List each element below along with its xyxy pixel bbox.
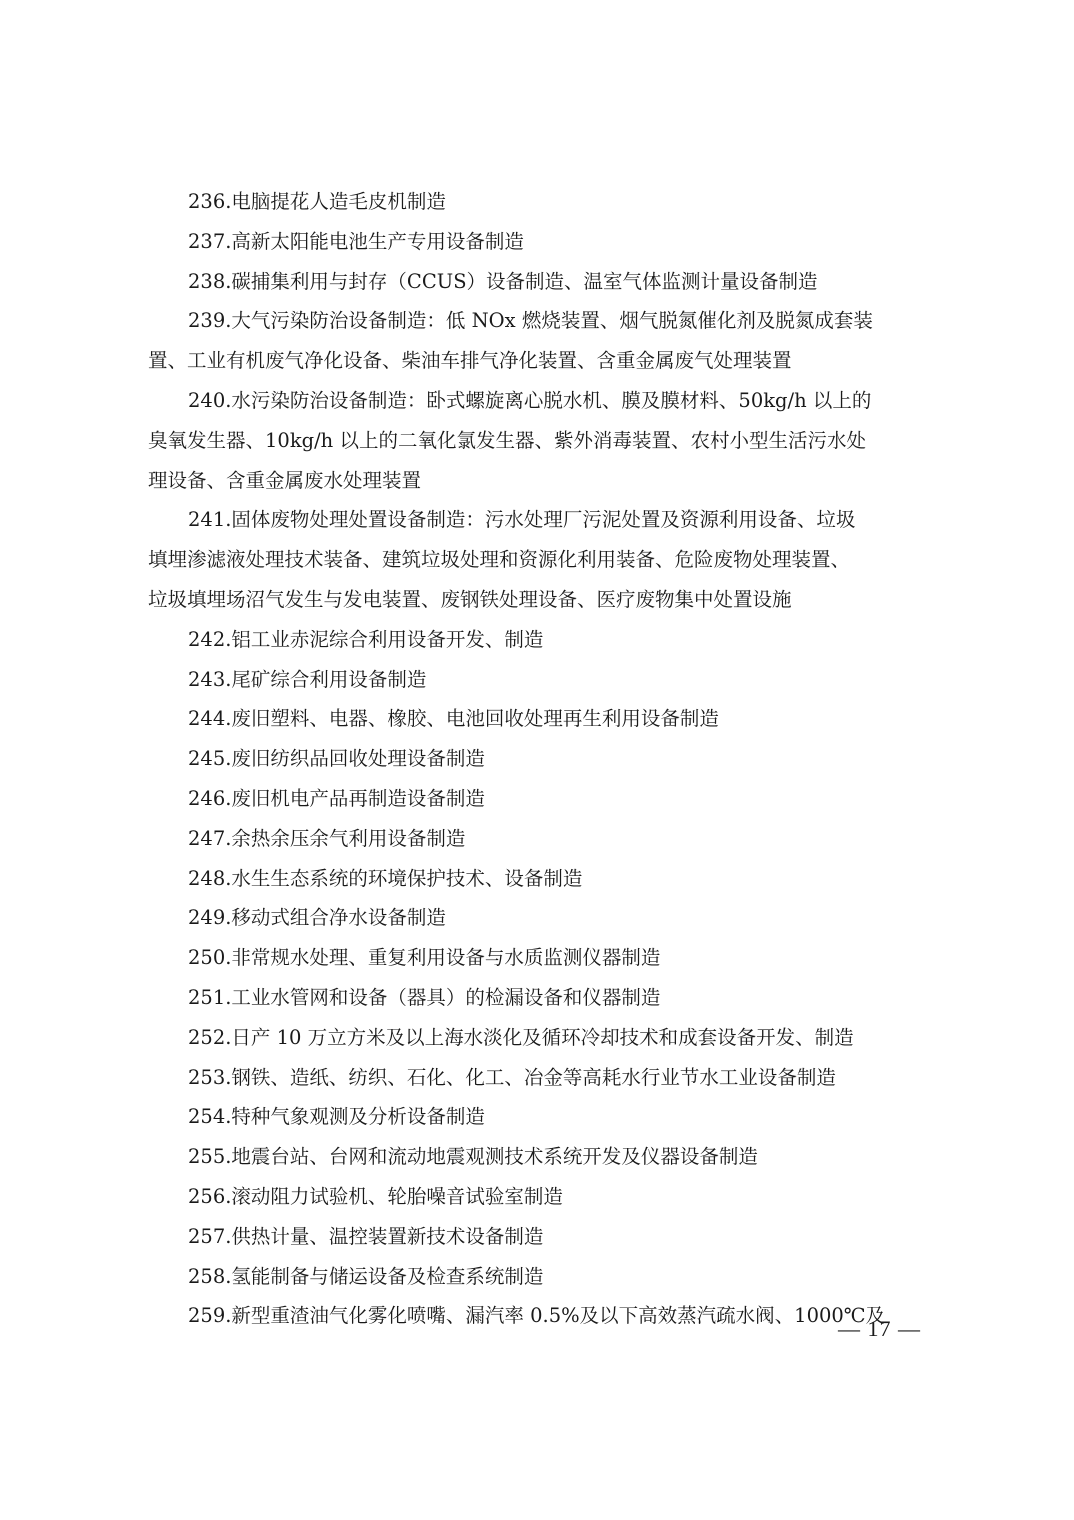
item-text: 240.水污染防治设备制造：卧式螺旋离心脱水机、膜及膜材料、50kg/h 以上的 (148, 385, 932, 425)
item-text: 243.尾矿综合利用设备制造 (148, 664, 932, 704)
list-item: 236.电脑提花人造毛皮机制造 (148, 186, 932, 226)
page-number: — 17 — (838, 1316, 921, 1342)
item-text-continuation: 臭氧发生器、10kg/h 以上的二氧化氯发生器、紫外消毒装置、农村小型生活污水处 (148, 425, 932, 465)
item-text: 237.高新太阳能电池生产专用设备制造 (148, 226, 932, 266)
item-text-continuation: 垃圾填埋场沼气发生与发电装置、废钢铁处理设备、医疗废物集中处置设施 (148, 584, 932, 624)
item-text: 256.滚动阻力试验机、轮胎噪音试验室制造 (148, 1181, 932, 1221)
list-item: 245.废旧纺织品回收处理设备制造 (148, 743, 932, 783)
list-item: 247.余热余压余气利用设备制造 (148, 823, 932, 863)
item-text: 244.废旧塑料、电器、橡胶、电池回收处理再生利用设备制造 (148, 703, 932, 743)
list-item: 244.废旧塑料、电器、橡胶、电池回收处理再生利用设备制造 (148, 703, 932, 743)
list-item: 253.钢铁、造纸、纺织、石化、化工、冶金等高耗水行业节水工业设备制造 (148, 1062, 932, 1102)
item-text: 236.电脑提花人造毛皮机制造 (148, 186, 932, 226)
list-item: 259.新型重渣油气化雾化喷嘴、漏汽率 0.5%及以下高效蒸汽疏水阀、1000℃… (148, 1300, 932, 1340)
item-text: 252.日产 10 万立方米及以上海水淡化及循环冷却技术和成套设备开发、制造 (148, 1022, 932, 1062)
item-text: 259.新型重渣油气化雾化喷嘴、漏汽率 0.5%及以下高效蒸汽疏水阀、1000℃… (148, 1300, 932, 1340)
item-text: 253.钢铁、造纸、纺织、石化、化工、冶金等高耗水行业节水工业设备制造 (148, 1062, 932, 1102)
list-item: 255.地震台站、台网和流动地震观测技术系统开发及仪器设备制造 (148, 1141, 932, 1181)
list-item: 240.水污染防治设备制造：卧式螺旋离心脱水机、膜及膜材料、50kg/h 以上的… (148, 385, 932, 504)
list-item: 242.铝工业赤泥综合利用设备开发、制造 (148, 624, 932, 664)
item-text: 247.余热余压余气利用设备制造 (148, 823, 932, 863)
item-text: 239.大气污染防治设备制造：低 NOx 燃烧装置、烟气脱氮催化剂及脱氮成套装 (148, 305, 932, 345)
item-text-continuation: 理设备、含重金属废水处理装置 (148, 465, 932, 505)
list-item: 251.工业水管网和设备（器具）的检漏设备和仪器制造 (148, 982, 932, 1022)
list-item: 254.特种气象观测及分析设备制造 (148, 1101, 932, 1141)
item-text: 248.水生生态系统的环境保护技术、设备制造 (148, 863, 932, 903)
item-text: 242.铝工业赤泥综合利用设备开发、制造 (148, 624, 932, 664)
list-item: 238.碳捕集利用与封存（CCUS）设备制造、温室气体监测计量设备制造 (148, 266, 932, 306)
list-item: 246.废旧机电产品再制造设备制造 (148, 783, 932, 823)
item-text: 238.碳捕集利用与封存（CCUS）设备制造、温室气体监测计量设备制造 (148, 266, 932, 306)
item-text: 258.氢能制备与储运设备及检查系统制造 (148, 1261, 932, 1301)
item-text: 254.特种气象观测及分析设备制造 (148, 1101, 932, 1141)
list-item: 239.大气污染防治设备制造：低 NOx 燃烧装置、烟气脱氮催化剂及脱氮成套装置… (148, 305, 932, 385)
list-item: 252.日产 10 万立方米及以上海水淡化及循环冷却技术和成套设备开发、制造 (148, 1022, 932, 1062)
list-item: 237.高新太阳能电池生产专用设备制造 (148, 226, 932, 266)
list-item: 256.滚动阻力试验机、轮胎噪音试验室制造 (148, 1181, 932, 1221)
document-page: 236.电脑提花人造毛皮机制造237.高新太阳能电池生产专用设备制造238.碳捕… (0, 0, 1074, 1520)
list-item: 248.水生生态系统的环境保护技术、设备制造 (148, 863, 932, 903)
item-text: 249.移动式组合净水设备制造 (148, 902, 932, 942)
document-body: 236.电脑提花人造毛皮机制造237.高新太阳能电池生产专用设备制造238.碳捕… (148, 186, 932, 1340)
item-text: 257.供热计量、温控装置新技术设备制造 (148, 1221, 932, 1261)
item-text: 250.非常规水处理、重复利用设备与水质监测仪器制造 (148, 942, 932, 982)
item-text: 245.废旧纺织品回收处理设备制造 (148, 743, 932, 783)
item-text: 241.固体废物处理处置设备制造：污水处理厂污泥处置及资源利用设备、垃圾 (148, 504, 932, 544)
list-item: 243.尾矿综合利用设备制造 (148, 664, 932, 704)
item-text-continuation: 置、工业有机废气净化设备、柴油车排气净化装置、含重金属废气处理装置 (148, 345, 932, 385)
item-text-continuation: 填埋渗滤液处理技术装备、建筑垃圾处理和资源化利用装备、危险废物处理装置、 (148, 544, 932, 584)
item-text: 251.工业水管网和设备（器具）的检漏设备和仪器制造 (148, 982, 932, 1022)
item-text: 246.废旧机电产品再制造设备制造 (148, 783, 932, 823)
item-text: 255.地震台站、台网和流动地震观测技术系统开发及仪器设备制造 (148, 1141, 932, 1181)
list-item: 258.氢能制备与储运设备及检查系统制造 (148, 1261, 932, 1301)
list-item: 250.非常规水处理、重复利用设备与水质监测仪器制造 (148, 942, 932, 982)
list-item: 249.移动式组合净水设备制造 (148, 902, 932, 942)
list-item: 257.供热计量、温控装置新技术设备制造 (148, 1221, 932, 1261)
list-item: 241.固体废物处理处置设备制造：污水处理厂污泥处置及资源利用设备、垃圾填埋渗滤… (148, 504, 932, 623)
